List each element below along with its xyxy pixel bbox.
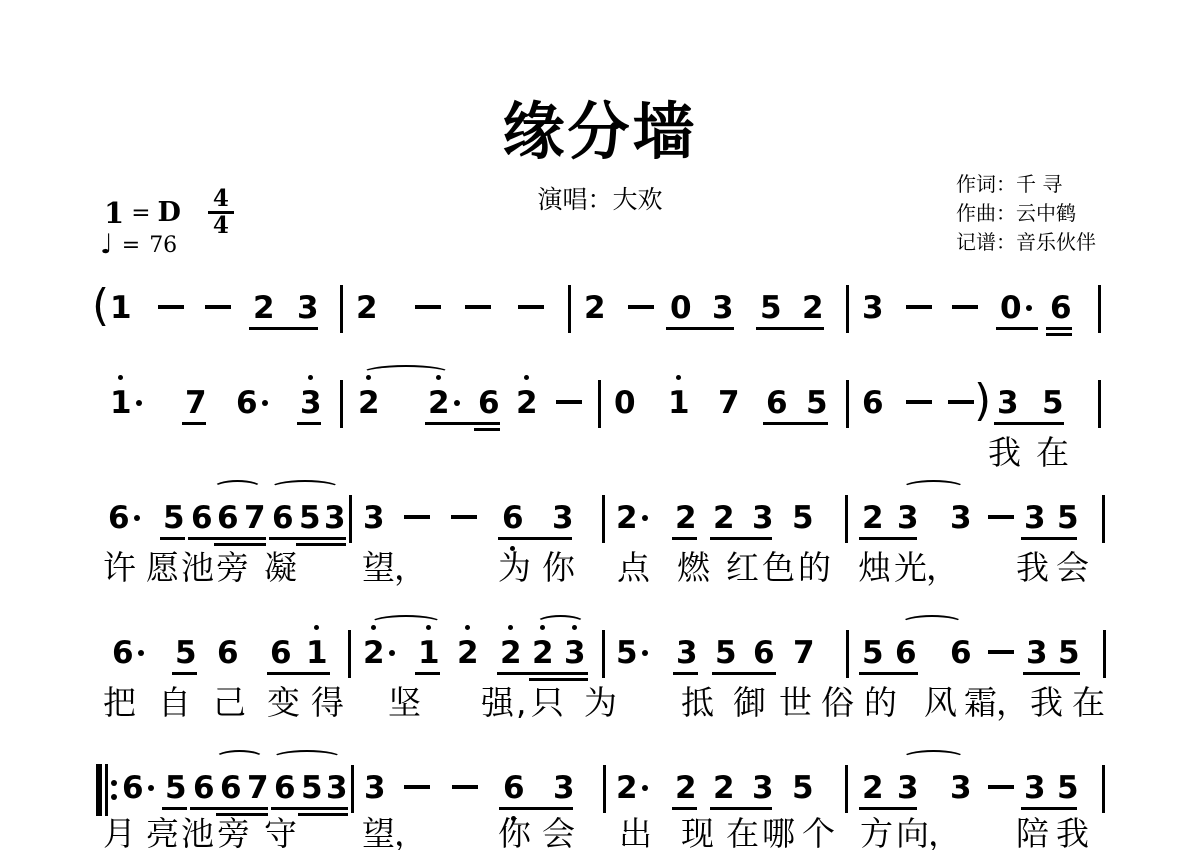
note-digit: 5 — [1057, 500, 1079, 536]
note-digit: 6 — [766, 385, 788, 421]
dash-note — [518, 305, 544, 309]
note-digit: 5 — [175, 635, 197, 671]
note-digit: 5 — [806, 385, 828, 421]
lyric-char: 俗 — [821, 686, 854, 720]
lyric-char: 个 — [802, 817, 835, 850]
augmentation-dot — [642, 650, 648, 656]
dash-note — [906, 400, 932, 404]
slur-arc — [902, 750, 965, 766]
slur-arc — [536, 615, 585, 631]
augmentation-dot — [262, 400, 268, 406]
note-digit: 5 — [1042, 385, 1064, 421]
octave-dot-above — [314, 625, 319, 630]
note-digit: 2 — [356, 290, 378, 326]
underline-beam — [297, 422, 321, 425]
lyric-char: 世 — [779, 686, 812, 720]
key-letter: D — [157, 197, 180, 228]
lyric-char: 守 — [264, 817, 297, 850]
lyricist-credit: 作词：千 寻 — [956, 170, 1096, 199]
meter-denominator: 4 — [213, 215, 229, 237]
lyric-char: 在 — [1036, 436, 1069, 470]
augmentation-dot — [454, 400, 460, 406]
lyric-char: 向 — [896, 817, 929, 850]
underline-beam — [672, 807, 697, 810]
lyric-char: 的 — [864, 686, 897, 720]
underline-beam — [267, 672, 330, 675]
note-digit: 3 — [326, 770, 348, 806]
underline-beam — [529, 678, 588, 681]
slur-arc — [902, 480, 965, 496]
note-digit: 7 — [793, 635, 815, 671]
dash-note — [465, 305, 491, 309]
lyric-char: 会 — [542, 817, 575, 850]
dash-note — [452, 785, 478, 789]
note-digit: 6 — [217, 635, 239, 671]
underline-beam — [712, 672, 776, 675]
lyric-char: 你 — [542, 551, 575, 585]
lyric-char: 会 — [1056, 551, 1089, 585]
note-digit: 2 — [428, 385, 450, 421]
slur-arc — [272, 750, 342, 766]
lyric-char: 现 — [681, 817, 714, 850]
note-digit: 5 — [165, 770, 187, 806]
underline-beam — [859, 807, 917, 810]
note-digit: 6 — [217, 500, 239, 536]
note-digit: 3 — [363, 500, 385, 536]
note-digit: 2 — [253, 290, 275, 326]
dash-note — [556, 400, 582, 404]
lyric-char: 月 — [103, 817, 136, 850]
dash-note — [205, 305, 231, 309]
note-digit: 2 — [584, 290, 606, 326]
lyric-char: 得 — [311, 686, 344, 720]
lyric-char: 把 — [103, 686, 136, 720]
note-digit: 3 — [676, 635, 698, 671]
note-digit: 1 — [110, 385, 132, 421]
note-digit: 3 — [752, 770, 774, 806]
lyric-char: 自 — [158, 686, 191, 720]
lyric-char: ， — [394, 817, 427, 850]
underline-beam — [672, 537, 697, 540]
note-digit: 2 — [675, 500, 697, 536]
slur-arc — [901, 615, 963, 631]
barline — [846, 630, 849, 678]
lyric-char: 己 — [213, 686, 246, 720]
note-digit: 3 — [1024, 770, 1046, 806]
note-digit: 0 — [670, 290, 692, 326]
note-digit: 5 — [301, 770, 323, 806]
lyric-char: 出 — [619, 817, 652, 850]
lyric-char: 池 — [181, 817, 214, 850]
barline — [1103, 630, 1106, 678]
barline — [845, 765, 848, 813]
note-digit: 7 — [718, 385, 740, 421]
note-digit: 5 — [163, 500, 185, 536]
underline-beam — [497, 672, 588, 675]
lyric-char: 的 — [798, 551, 831, 585]
lyric-char: 燃 — [677, 551, 710, 585]
augmentation-dot — [138, 650, 144, 656]
note-digit: 2 — [802, 290, 824, 326]
transcriber-credit: 记谱：音乐伙伴 — [956, 228, 1096, 257]
underline-beam — [994, 422, 1064, 425]
lyric-char: 我 — [1056, 817, 1089, 850]
underline-beam — [763, 422, 828, 425]
note-digit: 6 — [191, 500, 213, 536]
dash-note — [628, 305, 654, 309]
octave-dot-above — [676, 375, 681, 380]
note-digit: 0 — [614, 385, 636, 421]
barline — [1098, 285, 1101, 333]
note-digit: 5 — [792, 500, 814, 536]
lyric-char: 旁 — [217, 817, 250, 850]
note-digit: 2 — [532, 635, 554, 671]
underline-beam — [1021, 537, 1077, 540]
slur-arc — [215, 750, 264, 766]
octave-dot-above — [118, 375, 123, 380]
repeat-sign-thin-bar — [105, 764, 108, 816]
note-digit: 7 — [185, 385, 207, 421]
dash-note — [158, 305, 184, 309]
underline-beam — [249, 327, 318, 330]
note-digit: 6 — [193, 770, 215, 806]
repeat-sign-thick-bar — [96, 764, 102, 816]
underline-beam — [415, 672, 440, 675]
note-digit: 3 — [1024, 500, 1046, 536]
note-digit: 3 — [552, 500, 574, 536]
tempo-value: 76 — [149, 233, 177, 258]
underline-beam — [666, 327, 734, 330]
credits-block: 作词：千 寻 作曲：云中鹤 记谱：音乐伙伴 — [956, 170, 1096, 257]
barline — [340, 285, 343, 333]
dash-note — [906, 305, 932, 309]
underline-beam — [296, 543, 346, 546]
lyric-char: 光 — [894, 551, 927, 585]
lyric-char: 点 — [617, 551, 650, 585]
lyric-char: 御 — [733, 686, 766, 720]
note-digit: 6 — [478, 385, 500, 421]
lyric-char: 方 — [860, 817, 893, 850]
lyric-char: ， — [928, 817, 961, 850]
underline-beam — [190, 807, 268, 810]
lyric-char: 我 — [1016, 551, 1049, 585]
underline-beam — [425, 422, 500, 425]
underline-beam — [710, 807, 772, 810]
underline-beam — [1023, 672, 1080, 675]
note-digit: 3 — [712, 290, 734, 326]
composer-credit: 作曲：云中鹤 — [956, 199, 1096, 228]
slur-arc — [270, 480, 340, 496]
underline-beam — [673, 672, 698, 675]
note-digit: 6 — [950, 635, 972, 671]
underline-beam — [710, 537, 772, 540]
lyric-char: 在 — [1072, 686, 1105, 720]
song-title: 缘分墙 — [0, 82, 1200, 171]
note-digit: 3 — [300, 385, 322, 421]
note-digit: 2 — [675, 770, 697, 806]
lyric-char: 望 — [362, 817, 395, 850]
note-digit: 5 — [1057, 770, 1079, 806]
sheet-music-page: 缘分墙 演唱：大欢 作词：千 寻 作曲：云中鹤 记谱：音乐伙伴 1 = D 4 … — [0, 0, 1200, 850]
note-digit: 6 — [236, 385, 258, 421]
dash-note — [451, 515, 477, 519]
underline-beam — [269, 537, 346, 540]
note-digit: 6 — [270, 635, 292, 671]
barline — [846, 285, 849, 333]
note-digit: 7 — [244, 500, 266, 536]
augmentation-dot — [642, 785, 648, 791]
underline-beam — [214, 543, 266, 546]
barline — [1098, 380, 1101, 428]
augmentation-dot — [389, 650, 395, 656]
dash-note — [415, 305, 441, 309]
underline-beam — [756, 327, 824, 330]
underline-beam — [499, 807, 573, 810]
note-digit: 2 — [616, 500, 638, 536]
note-digit: 5 — [760, 290, 782, 326]
octave-dot-above — [524, 375, 529, 380]
note-digit: 6 — [502, 500, 524, 536]
lyric-char: 坚 — [388, 686, 421, 720]
underline-beam — [298, 813, 348, 816]
lyric-char: 池 — [181, 551, 214, 585]
barline — [602, 630, 605, 678]
note-digit: 3 — [553, 770, 575, 806]
lyric-char: 你 — [498, 817, 531, 850]
lyric-char: 霜 — [964, 686, 997, 720]
lyric-char: 许 — [103, 551, 136, 585]
octave-dot-above — [508, 625, 513, 630]
barline — [602, 495, 605, 543]
lyric-char: 亮 — [146, 817, 179, 850]
note-digit: 3 — [950, 500, 972, 536]
note-digit: 2 — [358, 385, 380, 421]
barline — [603, 765, 606, 813]
note-digit: 6 — [112, 635, 134, 671]
lyric-char: 风 — [924, 686, 957, 720]
barline — [349, 495, 352, 543]
underline-beam — [1021, 807, 1077, 810]
underline-beam — [1046, 333, 1072, 336]
lyric-char: ， — [996, 686, 1029, 720]
lyric-char: 凝 — [264, 551, 297, 585]
augmentation-dot — [642, 515, 648, 521]
octave-dot-above — [308, 375, 313, 380]
equals-sign: = — [131, 200, 150, 226]
barline — [598, 380, 601, 428]
barline — [340, 380, 343, 428]
note-digit: 2 — [500, 635, 522, 671]
note-digit: 2 — [862, 500, 884, 536]
note-digit: 2 — [516, 385, 538, 421]
note-digit: 6 — [122, 770, 144, 806]
lyric-char: ， — [926, 551, 959, 585]
note-digit: 3 — [897, 770, 919, 806]
lyric-char: 旁 — [216, 551, 249, 585]
lyric-char: 为 — [498, 551, 531, 585]
note-digit: 5 — [1058, 635, 1080, 671]
note-digit: 6 — [862, 385, 884, 421]
lyric-char: 望 — [362, 551, 395, 585]
lyric-char: 变 — [267, 686, 300, 720]
note-digit: 2 — [713, 770, 735, 806]
slur-arc — [370, 615, 442, 631]
underline-beam — [859, 672, 918, 675]
underline-beam — [160, 537, 185, 540]
octave-dot-above — [465, 625, 470, 630]
note-digit: 7 — [247, 770, 269, 806]
repeat-dot — [111, 794, 117, 800]
underline-beam — [859, 537, 917, 540]
note-digit: 3 — [950, 770, 972, 806]
dash-note — [404, 515, 430, 519]
lyric-char: 强 — [481, 686, 514, 720]
lyric-char: 愿 — [146, 551, 179, 585]
augmentation-dot — [136, 400, 142, 406]
note-digit: 6 — [220, 770, 242, 806]
repeat-dot — [111, 780, 117, 786]
dash-note — [404, 785, 430, 789]
note-digit: 1 — [306, 635, 328, 671]
note-digit: 3 — [364, 770, 386, 806]
note-digit: 1 — [418, 635, 440, 671]
barline — [348, 630, 351, 678]
underline-beam — [1046, 327, 1072, 330]
note-digit: 3 — [297, 290, 319, 326]
augmentation-dot — [1026, 305, 1032, 311]
lyric-char: 我 — [988, 436, 1021, 470]
lyric-char: 在 — [726, 817, 759, 850]
underline-beam — [172, 672, 197, 675]
augmentation-dot — [148, 785, 154, 791]
underline-beam — [271, 807, 348, 810]
note-digit: 2 — [713, 500, 735, 536]
meter-numerator: 4 — [213, 188, 229, 210]
note-digit: 2 — [862, 770, 884, 806]
dash-note — [988, 515, 1014, 519]
note-digit: 1 — [668, 385, 690, 421]
note-digit: 2 — [363, 635, 385, 671]
lyric-char: 烛 — [858, 551, 891, 585]
note-digit: 0 — [1000, 290, 1022, 326]
slur-arc — [362, 365, 450, 381]
slur-arc — [213, 480, 262, 496]
note-digit: 3 — [564, 635, 586, 671]
note-digit: 3 — [324, 500, 346, 536]
lyric-char: 陪 — [1016, 817, 1049, 850]
augmentation-dot — [134, 515, 140, 521]
underline-beam — [182, 422, 206, 425]
underline-beam — [188, 537, 266, 540]
note-digit: 6 — [753, 635, 775, 671]
tempo-marking: ♩ = 76 — [100, 230, 177, 260]
lyric-char: 色 — [762, 551, 795, 585]
parenthesis: ( — [92, 282, 109, 330]
tonic-number: 1 — [104, 198, 124, 228]
note-digit: 3 — [897, 500, 919, 536]
dash-note — [948, 400, 974, 404]
note-digit: 1 — [110, 290, 132, 326]
barline — [568, 285, 571, 333]
note-digit: 3 — [752, 500, 774, 536]
barline — [845, 495, 848, 543]
tempo-equals: = — [122, 233, 140, 258]
barline — [1102, 765, 1105, 813]
lyric-char: 红 — [726, 551, 759, 585]
note-digit: 3 — [997, 385, 1019, 421]
note-digit: 3 — [862, 290, 884, 326]
barline — [1102, 495, 1105, 543]
underline-beam — [162, 807, 187, 810]
note-digit: 6 — [503, 770, 525, 806]
lyric-char: 哪 — [762, 817, 795, 850]
underline-beam — [498, 537, 572, 540]
barline — [846, 380, 849, 428]
note-digit: 5 — [862, 635, 884, 671]
underline-beam — [474, 428, 500, 431]
note-digit: 3 — [1026, 635, 1048, 671]
lyric-char: 为 — [584, 686, 617, 720]
dash-note — [952, 305, 978, 309]
note-digit: 5 — [616, 635, 638, 671]
note-digit: 2 — [457, 635, 479, 671]
lyric-char: ， — [394, 551, 427, 585]
note-digit: 6 — [272, 500, 294, 536]
lyric-char: 抵 — [681, 686, 714, 720]
lyric-char: 只 — [531, 686, 564, 720]
note-digit: 6 — [895, 635, 917, 671]
lyric-char: 我 — [1030, 686, 1063, 720]
note-digit: 2 — [616, 770, 638, 806]
barline — [351, 765, 354, 813]
note-digit: 5 — [792, 770, 814, 806]
underline-beam — [996, 327, 1038, 330]
dash-note — [988, 785, 1014, 789]
time-signature: 4 4 — [208, 188, 234, 237]
dash-note — [988, 650, 1014, 654]
lyric-char: , — [516, 686, 527, 720]
quarter-note-icon: ♩ — [100, 230, 113, 260]
parenthesis: ) — [974, 377, 991, 425]
note-digit: 6 — [108, 500, 130, 536]
note-digit: 5 — [299, 500, 321, 536]
note-digit: 6 — [274, 770, 296, 806]
note-digit: 5 — [715, 635, 737, 671]
note-digit: 6 — [1050, 290, 1072, 326]
